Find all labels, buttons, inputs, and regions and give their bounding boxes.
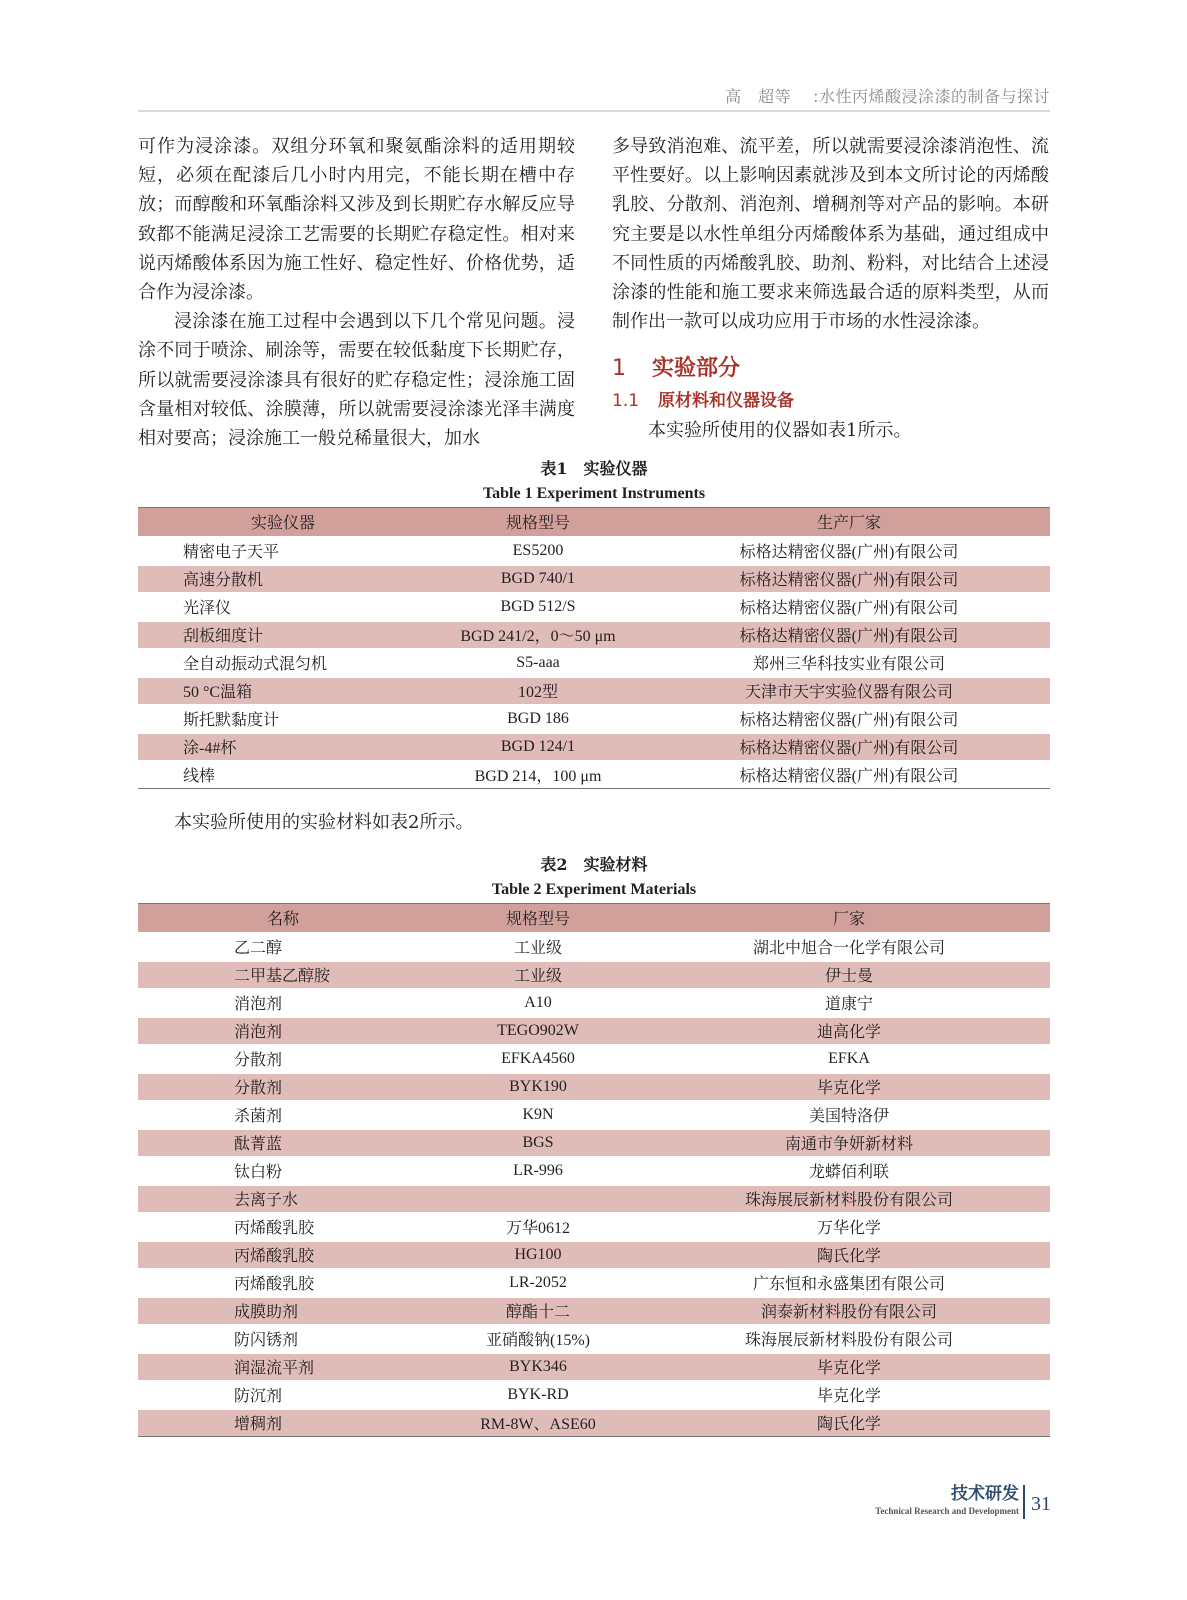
table-row: 线棒BGD 214，100 μm标格达精密仪器(广州)有限公司: [138, 761, 1050, 789]
paragraph: 可作为浸涂漆。双组分环氧和聚氨酯涂料的适用期较短，必须在配漆后几小时内用完，不能…: [138, 132, 575, 307]
table-cell: 标格达精密仪器(广州)有限公司: [648, 593, 1050, 621]
table-cell: 标格达精密仪器(广州)有限公司: [648, 565, 1050, 593]
table-cell: 消泡剂: [138, 989, 428, 1017]
table-cell: 精密电子天平: [138, 537, 428, 565]
table-cell: A10: [428, 989, 648, 1017]
table-cell: BYK-RD: [428, 1381, 648, 1409]
table-cell: BGD 241/2，0～50 μm: [428, 621, 648, 649]
subsection-title: 原材料和仪器设备: [658, 391, 794, 411]
table-cell: 万华0612: [428, 1213, 648, 1241]
table2: 名称 规格型号 厂家 乙二醇工业级湖北中旭合一化学有限公司二甲基乙醇胺工业级伊士…: [138, 903, 1050, 1437]
table-cell: 珠海展辰新材料股份有限公司: [648, 1325, 1050, 1353]
table2-caption-en: Table 2 Experiment Materials: [138, 877, 1050, 902]
table-cell: 杀菌剂: [138, 1101, 428, 1129]
table-cell: BGD 214，100 μm: [428, 761, 648, 789]
table-cell: 102型: [428, 677, 648, 705]
table-cell: 50 °C温箱: [138, 677, 428, 705]
table-cell: [428, 1185, 648, 1213]
table1: 实验仪器 规格型号 生产厂家 精密电子天平ES5200标格达精密仪器(广州)有限…: [138, 507, 1050, 789]
table-row: 防闪锈剂亚硝酸钠(15%)珠海展辰新材料股份有限公司: [138, 1325, 1050, 1353]
table-row: 精密电子天平ES5200标格达精密仪器(广州)有限公司: [138, 537, 1050, 565]
table-cell: 润泰新材料股份有限公司: [648, 1297, 1050, 1325]
paragraph: 浸涂漆在施工过程中会遇到以下几个常见问题。浸涂不同于喷涂、刷涂等，需要在较低黏度…: [138, 307, 575, 453]
table-row: 分散剂EFKA4560EFKA: [138, 1045, 1050, 1073]
table-cell: 丙烯酸乳胶: [138, 1213, 428, 1241]
table-cell: 美国特洛伊: [648, 1101, 1050, 1129]
table-cell: 工业级: [428, 933, 648, 961]
table-row: 防沉剂BYK-RD毕克化学: [138, 1381, 1050, 1409]
table-cell: 迪高化学: [648, 1017, 1050, 1045]
table-row: 50 °C温箱102型天津市天宇实验仪器有限公司: [138, 677, 1050, 705]
table-cell: 毕克化学: [648, 1381, 1050, 1409]
table-cell: 乙二醇: [138, 933, 428, 961]
table-cell: BGD 186: [428, 705, 648, 733]
table-cell: BGD 740/1: [428, 565, 648, 593]
paragraph: 本实验所使用的实验材料如表2所示。: [174, 808, 473, 834]
table-cell: BYK346: [428, 1353, 648, 1381]
table-row: 乙二醇工业级湖北中旭合一化学有限公司: [138, 933, 1050, 961]
table-cell: 去离子水: [138, 1185, 428, 1213]
table-row: 涂-4#杯BGD 124/1标格达精密仪器(广州)有限公司: [138, 733, 1050, 761]
table-cell: 光泽仪: [138, 593, 428, 621]
table-cell: HG100: [428, 1241, 648, 1269]
table-row: 斯托默黏度计BGD 186标格达精密仪器(广州)有限公司: [138, 705, 1050, 733]
paragraph: 本实验所使用的仪器如表1所示。: [612, 416, 1049, 445]
table-cell: 钛白粉: [138, 1157, 428, 1185]
table-row: 酞菁蓝BGS南通市争妍新材料: [138, 1129, 1050, 1157]
table-cell: BGS: [428, 1129, 648, 1157]
table-cell: RM-8W、ASE60: [428, 1409, 648, 1437]
table-row: 分散剂BYK190毕克化学: [138, 1073, 1050, 1101]
table-cell: 标格达精密仪器(广州)有限公司: [648, 733, 1050, 761]
table-cell: 醇酯十二: [428, 1297, 648, 1325]
header-rule: [138, 110, 1050, 112]
table1-caption-en: Table 1 Experiment Instruments: [138, 481, 1050, 506]
table-row: 二甲基乙醇胺工业级伊士曼: [138, 961, 1050, 989]
table-cell: BYK190: [428, 1073, 648, 1101]
table-cell: 天津市天宇实验仪器有限公司: [648, 677, 1050, 705]
table-cell: 万华化学: [648, 1213, 1050, 1241]
table-cell: 防沉剂: [138, 1381, 428, 1409]
table-cell: S5-aaa: [428, 649, 648, 677]
table-cell: TEGO902W: [428, 1017, 648, 1045]
right-column: 多导致消泡难、流平差，所以就需要浸涂漆消泡性、流平性要好。以上影响因素就涉及到本…: [612, 132, 1049, 446]
table-cell: 毕克化学: [648, 1353, 1050, 1381]
table-cell: 高速分散机: [138, 565, 428, 593]
table-cell: 广东恒和永盛集团有限公司: [648, 1269, 1050, 1297]
table-header-row: 名称 规格型号 厂家: [138, 904, 1050, 933]
footer-section-zh: 技术研发: [875, 1483, 1019, 1505]
table-row: 成膜助剂醇酯十二润泰新材料股份有限公司: [138, 1297, 1050, 1325]
table-cell: 亚硝酸钠(15%): [428, 1325, 648, 1353]
table-row: 刮板细度计BGD 241/2，0～50 μm标格达精密仪器(广州)有限公司: [138, 621, 1050, 649]
table-cell: 珠海展辰新材料股份有限公司: [648, 1185, 1050, 1213]
subsection-number: 1.1: [612, 386, 658, 416]
table-cell: 毕克化学: [648, 1073, 1050, 1101]
table-cell: EFKA4560: [428, 1045, 648, 1073]
left-column: 可作为浸涂漆。双组分环氧和聚氨酯涂料的适用期较短，必须在配漆后几小时内用完，不能…: [138, 132, 575, 453]
table-cell: 龙蟒佰利联: [648, 1157, 1050, 1185]
table1-caption: 表1 实验仪器 Table 1 Experiment Instruments: [138, 456, 1050, 506]
table-cell: 分散剂: [138, 1073, 428, 1101]
table-cell: 郑州三华科技实业有限公司: [648, 649, 1050, 677]
table1-caption-zh: 表1 实验仪器: [138, 456, 1050, 481]
table-cell: 防闪锈剂: [138, 1325, 428, 1353]
table-cell: LR-996: [428, 1157, 648, 1185]
table-header-cell: 名称: [138, 904, 428, 933]
table-row: 丙烯酸乳胶万华0612万华化学: [138, 1213, 1050, 1241]
page-number: 31: [1031, 1483, 1051, 1519]
running-head-title: 水性丙烯酸浸涂漆的制备与探讨: [819, 87, 1050, 106]
table-cell: 标格达精密仪器(广州)有限公司: [648, 761, 1050, 789]
table-cell: BGD 124/1: [428, 733, 648, 761]
table-cell: 丙烯酸乳胶: [138, 1241, 428, 1269]
table-cell: 陶氏化学: [648, 1241, 1050, 1269]
table-row: 增稠剂RM-8W、ASE60陶氏化学: [138, 1409, 1050, 1437]
paragraph: 多导致消泡难、流平差，所以就需要浸涂漆消泡性、流平性要好。以上影响因素就涉及到本…: [612, 132, 1049, 336]
table-cell: 刮板细度计: [138, 621, 428, 649]
table-cell: ES5200: [428, 537, 648, 565]
page-footer: 技术研发 Technical Research and Development …: [875, 1483, 1051, 1533]
table-cell: 润湿流平剂: [138, 1353, 428, 1381]
table-cell: 道康宁: [648, 989, 1050, 1017]
table-row: 丙烯酸乳胶LR-2052广东恒和永盛集团有限公司: [138, 1269, 1050, 1297]
table-row: 消泡剂TEGO902W迪高化学: [138, 1017, 1050, 1045]
table-row: 润湿流平剂BYK346毕克化学: [138, 1353, 1050, 1381]
table-cell: 丙烯酸乳胶: [138, 1269, 428, 1297]
table-cell: 酞菁蓝: [138, 1129, 428, 1157]
table-cell: LR-2052: [428, 1269, 648, 1297]
table-cell: 二甲基乙醇胺: [138, 961, 428, 989]
table-row: 全自动振动式混匀机S5-aaa郑州三华科技实业有限公司: [138, 649, 1050, 677]
running-head: 高 超等:水性丙烯酸浸涂漆的制备与探讨: [138, 84, 1050, 110]
table-cell: 涂-4#杯: [138, 733, 428, 761]
table-row: 去离子水珠海展辰新材料股份有限公司: [138, 1185, 1050, 1213]
table-cell: 全自动振动式混匀机: [138, 649, 428, 677]
table-cell: 分散剂: [138, 1045, 428, 1073]
section-title: 实验部分: [652, 356, 740, 381]
table-header-cell: 厂家: [648, 904, 1050, 933]
footer-divider: [1023, 1485, 1025, 1519]
table-row: 消泡剂A10道康宁: [138, 989, 1050, 1017]
table-cell: 标格达精密仪器(广州)有限公司: [648, 705, 1050, 733]
table-header-cell: 生产厂家: [648, 508, 1050, 537]
table-cell: 南通市争妍新材料: [648, 1129, 1050, 1157]
table-cell: 增稠剂: [138, 1409, 428, 1437]
table-header-cell: 实验仪器: [138, 508, 428, 537]
table-cell: 伊士曼: [648, 961, 1050, 989]
table2-caption-zh: 表2 实验材料: [138, 852, 1050, 877]
table-row: 丙烯酸乳胶HG100陶氏化学: [138, 1241, 1050, 1269]
running-head-author: 高 超等: [725, 87, 791, 106]
subsection-heading: 1.1原材料和仪器设备: [612, 386, 1049, 416]
table-header-cell: 规格型号: [428, 508, 648, 537]
table-cell: 标格达精密仪器(广州)有限公司: [648, 621, 1050, 649]
table-cell: EFKA: [648, 1045, 1050, 1073]
table-cell: 线棒: [138, 761, 428, 789]
table-cell: BGD 512/S: [428, 593, 648, 621]
table-cell: 消泡剂: [138, 1017, 428, 1045]
table-cell: K9N: [428, 1101, 648, 1129]
footer-section-en: Technical Research and Development: [875, 1505, 1019, 1517]
table-cell: 工业级: [428, 961, 648, 989]
section-number: 1: [612, 352, 652, 386]
table-header-cell: 规格型号: [428, 904, 648, 933]
table-cell: 斯托默黏度计: [138, 705, 428, 733]
table-header-row: 实验仪器 规格型号 生产厂家: [138, 508, 1050, 537]
table-row: 光泽仪BGD 512/S标格达精密仪器(广州)有限公司: [138, 593, 1050, 621]
table-cell: 陶氏化学: [648, 1409, 1050, 1437]
table-cell: 成膜助剂: [138, 1297, 428, 1325]
table-row: 高速分散机BGD 740/1标格达精密仪器(广州)有限公司: [138, 565, 1050, 593]
table-cell: 湖北中旭合一化学有限公司: [648, 933, 1050, 961]
table-row: 钛白粉LR-996龙蟒佰利联: [138, 1157, 1050, 1185]
table-cell: 标格达精密仪器(广州)有限公司: [648, 537, 1050, 565]
table-row: 杀菌剂K9N美国特洛伊: [138, 1101, 1050, 1129]
table2-caption: 表2 实验材料 Table 2 Experiment Materials: [138, 852, 1050, 902]
section-heading: 1实验部分: [612, 352, 1049, 386]
